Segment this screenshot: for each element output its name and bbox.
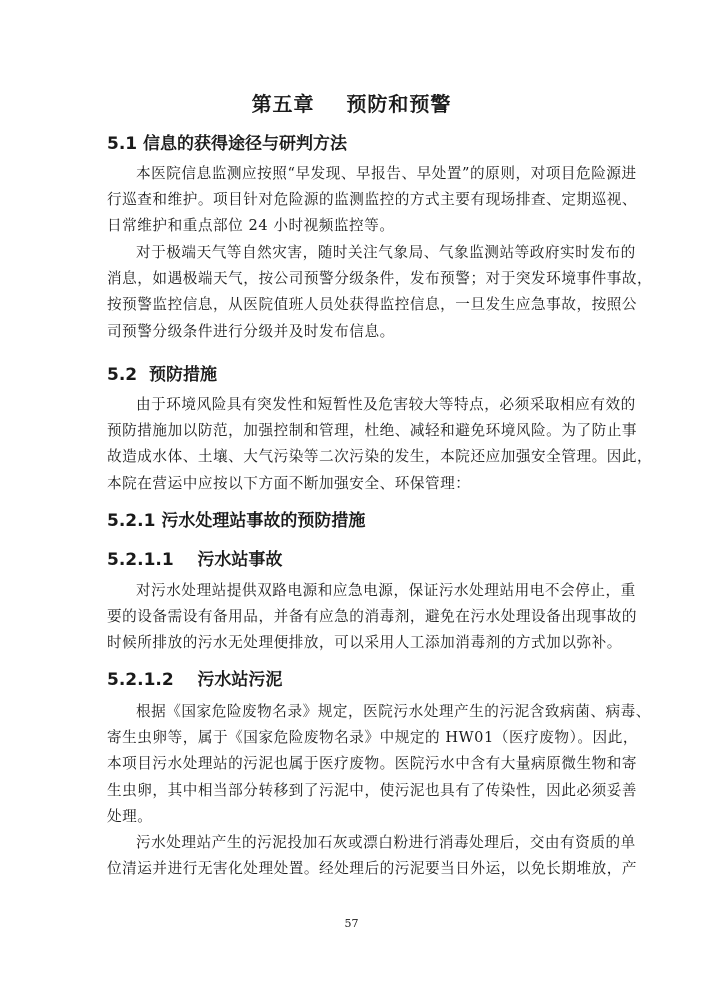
text-line: 对于极端天气等自然灾害，随时关注气象局、气象监测站等政府实时发布的 (107, 240, 599, 266)
text-line: 对污水处理站提供双路电源和应急电源，保证污水处理站用电不会停止，重 (107, 578, 599, 604)
text-line: 生虫卵，其中相当部分转移到了污泥中，使污泥也具有了传染性，因此必须妥善 (107, 778, 599, 804)
text-line: 消息，如遇极端天气，按公司预警分级条件，发布预警；对于突发环境事件事故， (107, 266, 599, 292)
paragraph-5-2-1-2-a: 根据《国家危险废物名录》规定，医院污水处理产生的污泥含致病菌、病毒、 寄生虫卵等… (107, 699, 599, 830)
text-line: 按预警监控信息，从医院值班人员处获得监控信息，一旦发生应急事故，按照公 (107, 292, 599, 318)
paragraph-5-2: 由于环境风险具有突发性和短暂性及危害较大等特点，必须采取相应有效的 预防措施加以… (107, 392, 599, 497)
text-line: 故造成水体、土壤、大气污染等二次污染的发生，本院还应加强安全管理。因此， (107, 444, 599, 470)
text-line: 位清运并进行无害化处理处置。经处理后的污泥要当日外运，以免长期堆放，产 (107, 856, 599, 882)
section-heading-5-2-1-2: 5.2.1.2 污水站污泥 (107, 665, 282, 690)
page-number: 57 (0, 917, 703, 930)
text-line: 污水处理站产生的污泥投加石灰或漂白粉进行消毒处理后，交由有资质的单 (107, 830, 599, 856)
paragraph-5-1-a: 本医院信息监测应按照“早发现、早报告、早处置”的原则，对项目危险源进 行巡查和维… (107, 161, 599, 240)
text-line: 本项目污水处理站的污泥也属于医疗废物。医院污水中含有大量病原微生物和寄 (107, 751, 599, 777)
section-heading-5-1: 5.1 信息的获得途径与研判方法 (107, 129, 347, 154)
paragraph-5-1-b: 对于极端天气等自然灾害，随时关注气象局、气象监测站等政府实时发布的 消息，如遇极… (107, 240, 599, 345)
text-line: 日常维护和重点部位 24 小时视频监控等。 (107, 213, 599, 239)
section-heading-5-2-1: 5.2.1 污水处理站事故的预防措施 (107, 506, 365, 531)
text-line: 司预警分级条件进行分级并及时发布信息。 (107, 319, 599, 345)
text-line: 处理。 (107, 804, 599, 830)
text-line: 要的设备需设有备用品，并备有应急的消毒剂，避免在污水处理设备出现事故的 (107, 604, 599, 630)
text-line: 时候所排放的污水无处理便排放，可以采用人工添加消毒剂的方式加以弥补。 (107, 630, 599, 656)
paragraph-5-2-1-2-b: 污水处理站产生的污泥投加石灰或漂白粉进行消毒处理后，交由有资质的单 位清运并进行… (107, 830, 599, 882)
section-heading-5-2: 5.2 预防措施 (107, 360, 217, 385)
text-line: 本医院信息监测应按照“早发现、早报告、早处置”的原则，对项目危险源进 (107, 161, 599, 187)
text-line: 行巡查和维护。项目针对危险源的监测监控的方式主要有现场排查、定期巡视、 (107, 187, 599, 213)
chapter-title: 第五章 预防和预警 (0, 88, 703, 117)
text-line: 寄生虫卵等，属于《国家危险废物名录》中规定的 HW01（医疗废物）。因此， (107, 725, 599, 751)
text-line: 由于环境风险具有突发性和短暂性及危害较大等特点，必须采取相应有效的 (107, 392, 599, 418)
document-page: 第五章 预防和预警 5.1 信息的获得途径与研判方法 本医院信息监测应按照“早发… (0, 0, 703, 994)
section-heading-5-2-1-1: 5.2.1.1 污水站事故 (107, 545, 282, 570)
text-line: 根据《国家危险废物名录》规定，医院污水处理产生的污泥含致病菌、病毒、 (107, 699, 599, 725)
text-line: 本院在营运中应按以下方面不断加强安全、环保管理： (107, 471, 599, 497)
paragraph-5-2-1-1: 对污水处理站提供双路电源和应急电源，保证污水处理站用电不会停止，重 要的设备需设… (107, 578, 599, 657)
text-line: 预防措施加以防范，加强控制和管理，杜绝、减轻和避免环境风险。为了防止事 (107, 418, 599, 444)
